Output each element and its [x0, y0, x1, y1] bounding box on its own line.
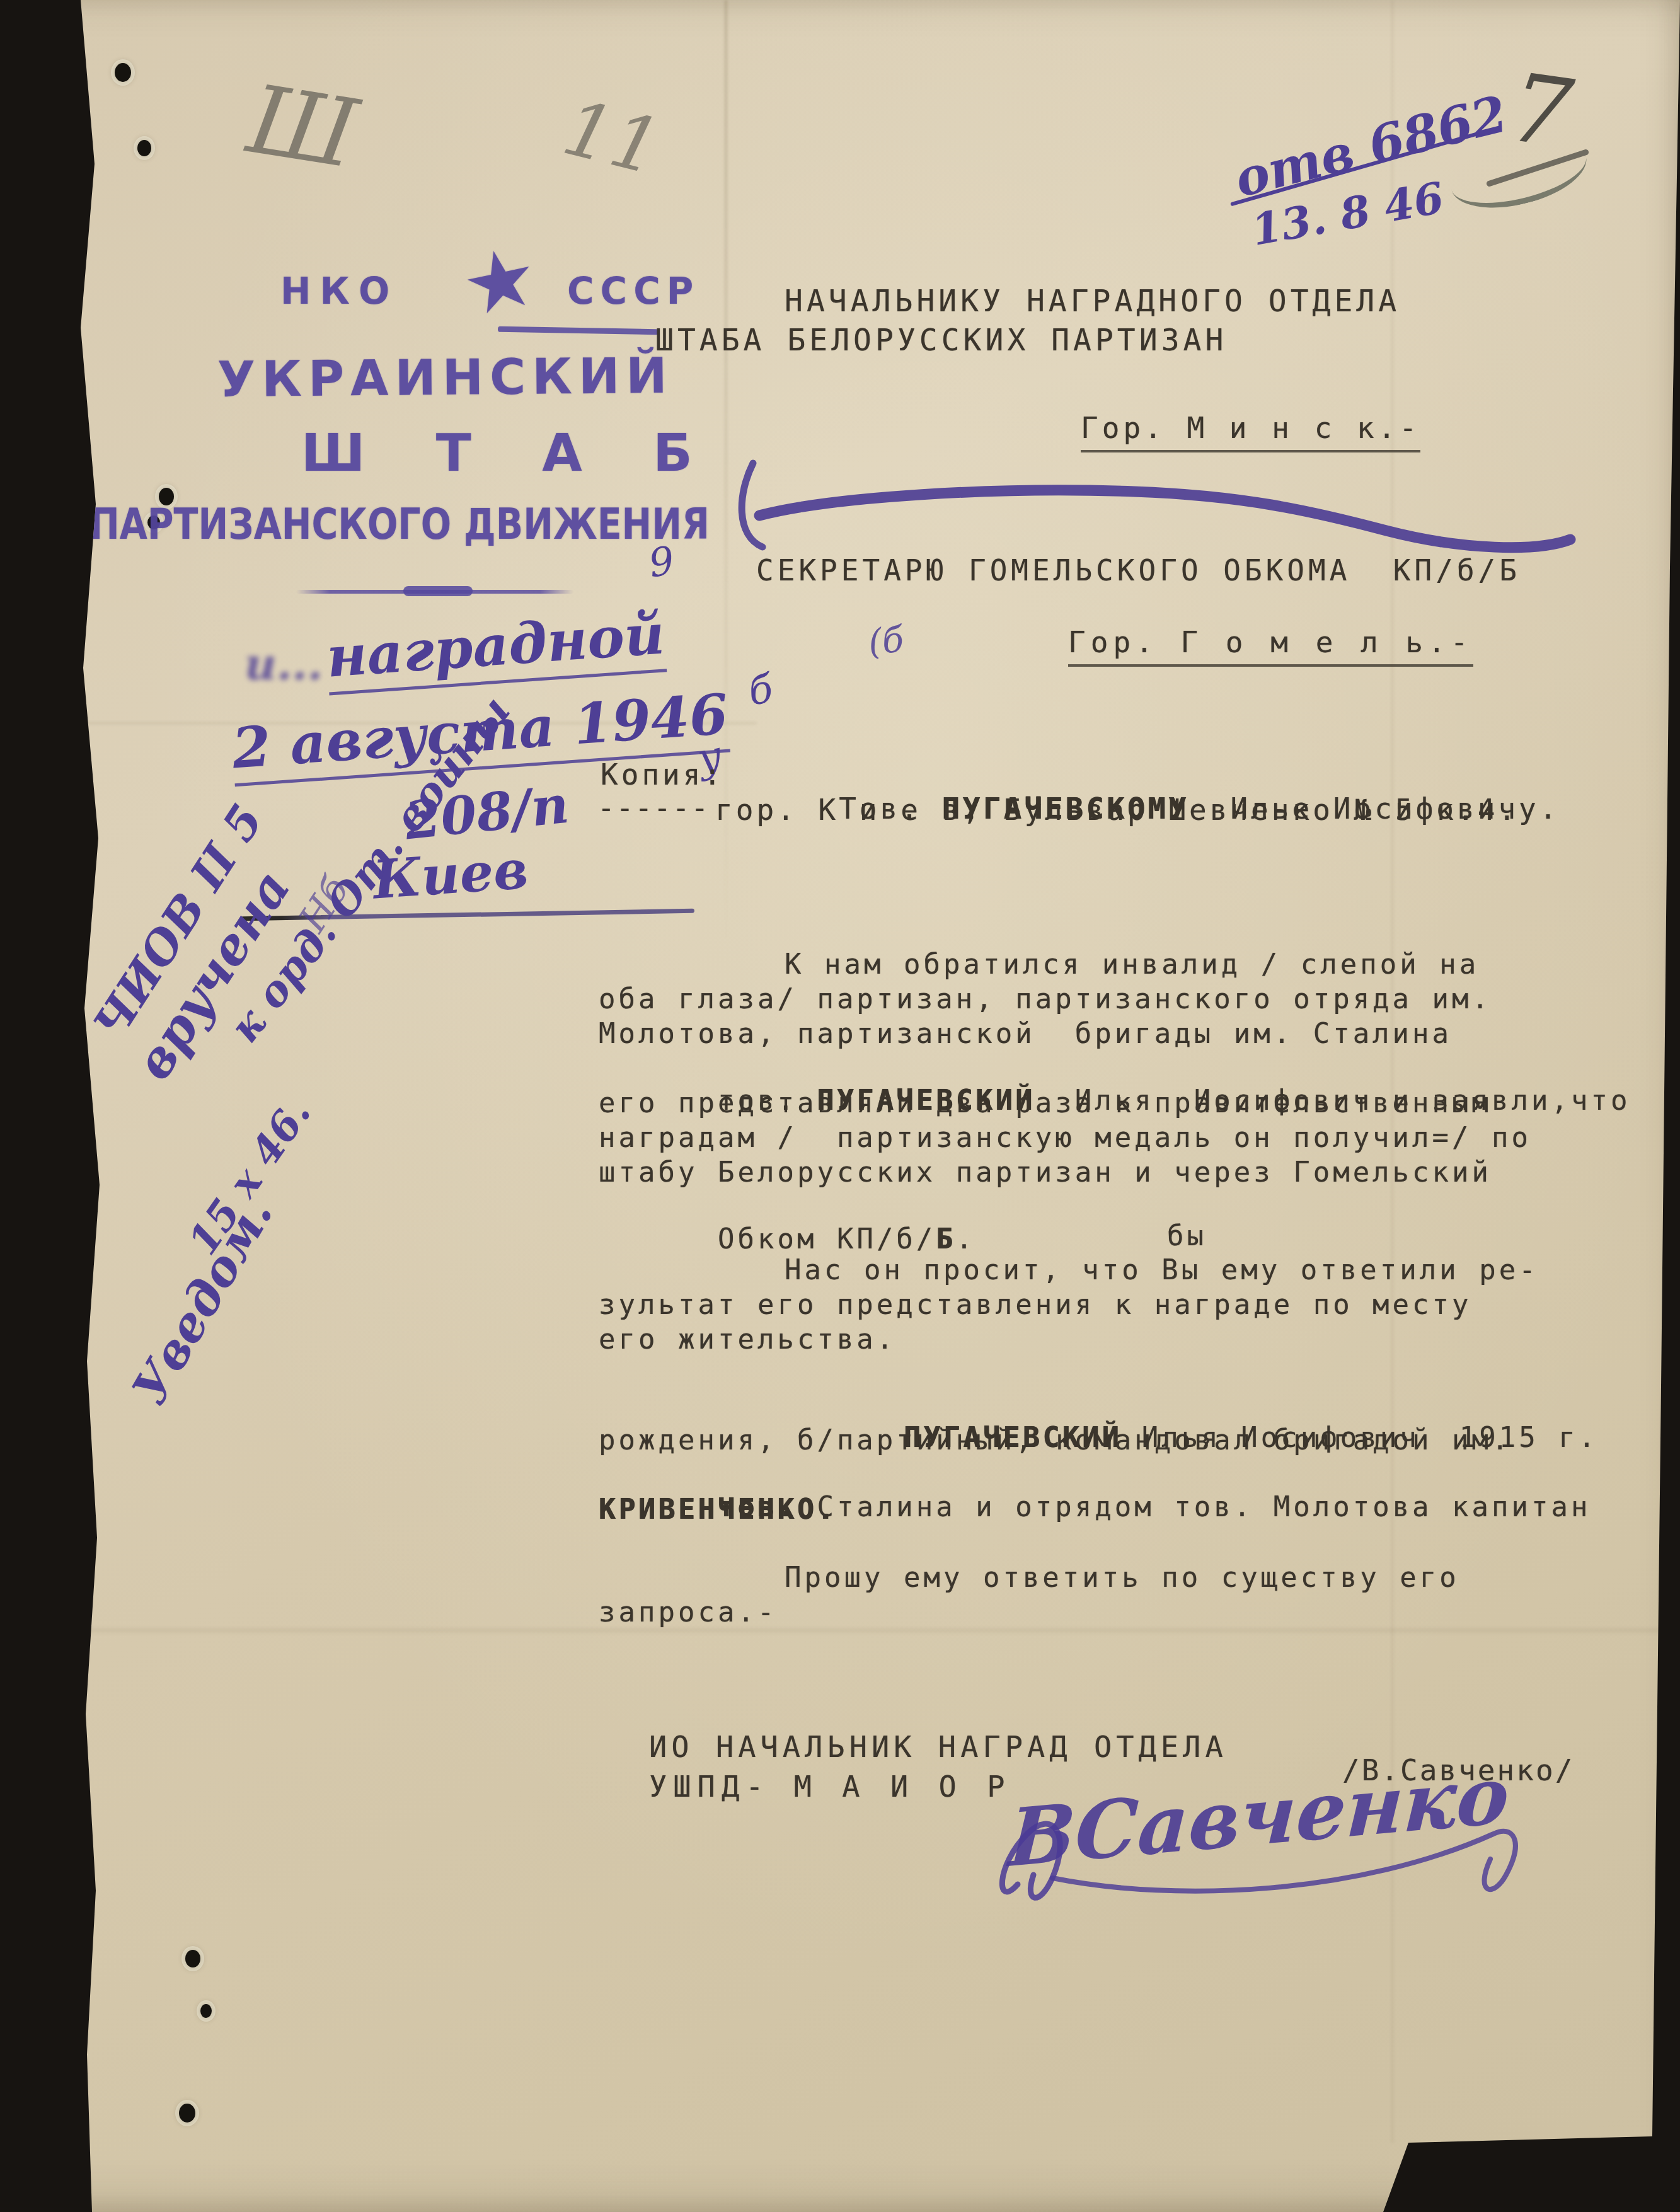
recipient-city-gomel: Гор. Г о м е л ь.-	[1068, 625, 1473, 667]
pencil-mark-sh: Ш	[241, 65, 364, 190]
punch-hole	[179, 2104, 195, 2123]
body-p3-line-4: КРИВЕНЧЕНКО.	[599, 1494, 837, 1526]
body-p1-line-8-post: .	[956, 1223, 976, 1255]
document-scan: Ш 11 7 отв 6862 13. 8 46 НКО ★ СССР УКРА…	[0, 0, 1680, 2212]
body-p1-line-1: К нам обратился инвалид / слепой на	[785, 948, 1479, 981]
punch-hole	[185, 1950, 200, 1967]
copy-line-2: гор. К и е в, Бульвар Шевченко № 5 к.4.	[715, 793, 1519, 827]
recipient-line-2: ШТАБА БЕЛОРУССКИХ ПАРТИЗАН	[655, 323, 1227, 358]
body-p4-line-1: Прошу ему ответить по существу его	[785, 1562, 1459, 1594]
body-p1-line-8-bold: Б	[936, 1223, 956, 1255]
recipient-line-3: СЕКРЕТАРЮ ГОМЕЛЬСКОГО ОБКОМА КП/б/Б	[756, 553, 1521, 587]
stamp-title-3: ПАРТИЗАНСКОГО ДВИЖЕНИЯ	[89, 500, 710, 550]
stamp-title-1: УКРАИНСКИЙ	[217, 348, 674, 408]
body-p1-line-2: оба глаза/ партизан, партизанского отряд…	[599, 983, 1492, 1015]
signature-flourish	[958, 1758, 1588, 1935]
body-p1-line-8-pre: Обком КП/б/	[718, 1223, 936, 1255]
interline-correction: бы	[1167, 1220, 1207, 1252]
stamp-nko: НКО	[280, 270, 398, 313]
copy-dashes: ------	[597, 791, 710, 825]
paper-sheet: Ш 11 7 отв 6862 13. 8 46 НКО ★ СССР УКРА…	[0, 0, 1680, 2212]
stamp-cccp: СССР	[567, 270, 699, 313]
body-p1-line-6: наградам / партизанскую медаль он получи…	[599, 1122, 1531, 1154]
stamp-smudge: и...	[245, 638, 323, 690]
copy-label: Копия:	[601, 757, 724, 792]
recipient-line-1: НАЧАЛЬНИКУ НАГРАДНОГО ОТДЕЛА	[785, 284, 1400, 319]
body-p1-line-7: штабу Белорусских партизан и через Гомел…	[599, 1156, 1492, 1189]
body-p4-line-2: запроса.-	[599, 1596, 777, 1628]
punch-hole	[115, 63, 131, 82]
body-p1-line-5: его представляли два раза к правительств…	[599, 1087, 1492, 1119]
body-p2-line-3: его жительства.	[599, 1323, 896, 1356]
punch-hole	[137, 140, 151, 156]
punch-hole	[200, 2004, 212, 2018]
body-p3-line-2: рождения, б/партийный, командовал бригад…	[599, 1424, 1512, 1456]
signer-title-2: УШПД- М А И О Р	[649, 1770, 1011, 1804]
body-p3-line-3-post: Сталина и отрядом тов. Молотова капитан	[797, 1491, 1591, 1523]
body-p2-line-2: зультат его представления к награде по м…	[599, 1289, 1472, 1321]
stray-mark-br: (б	[866, 619, 906, 664]
body-p2-line-1: Нас он просит, что Вы ему ответили ре-	[785, 1254, 1539, 1286]
body-p1-line-3: Молотова, партизанской бригады им. Стали…	[599, 1018, 1452, 1050]
